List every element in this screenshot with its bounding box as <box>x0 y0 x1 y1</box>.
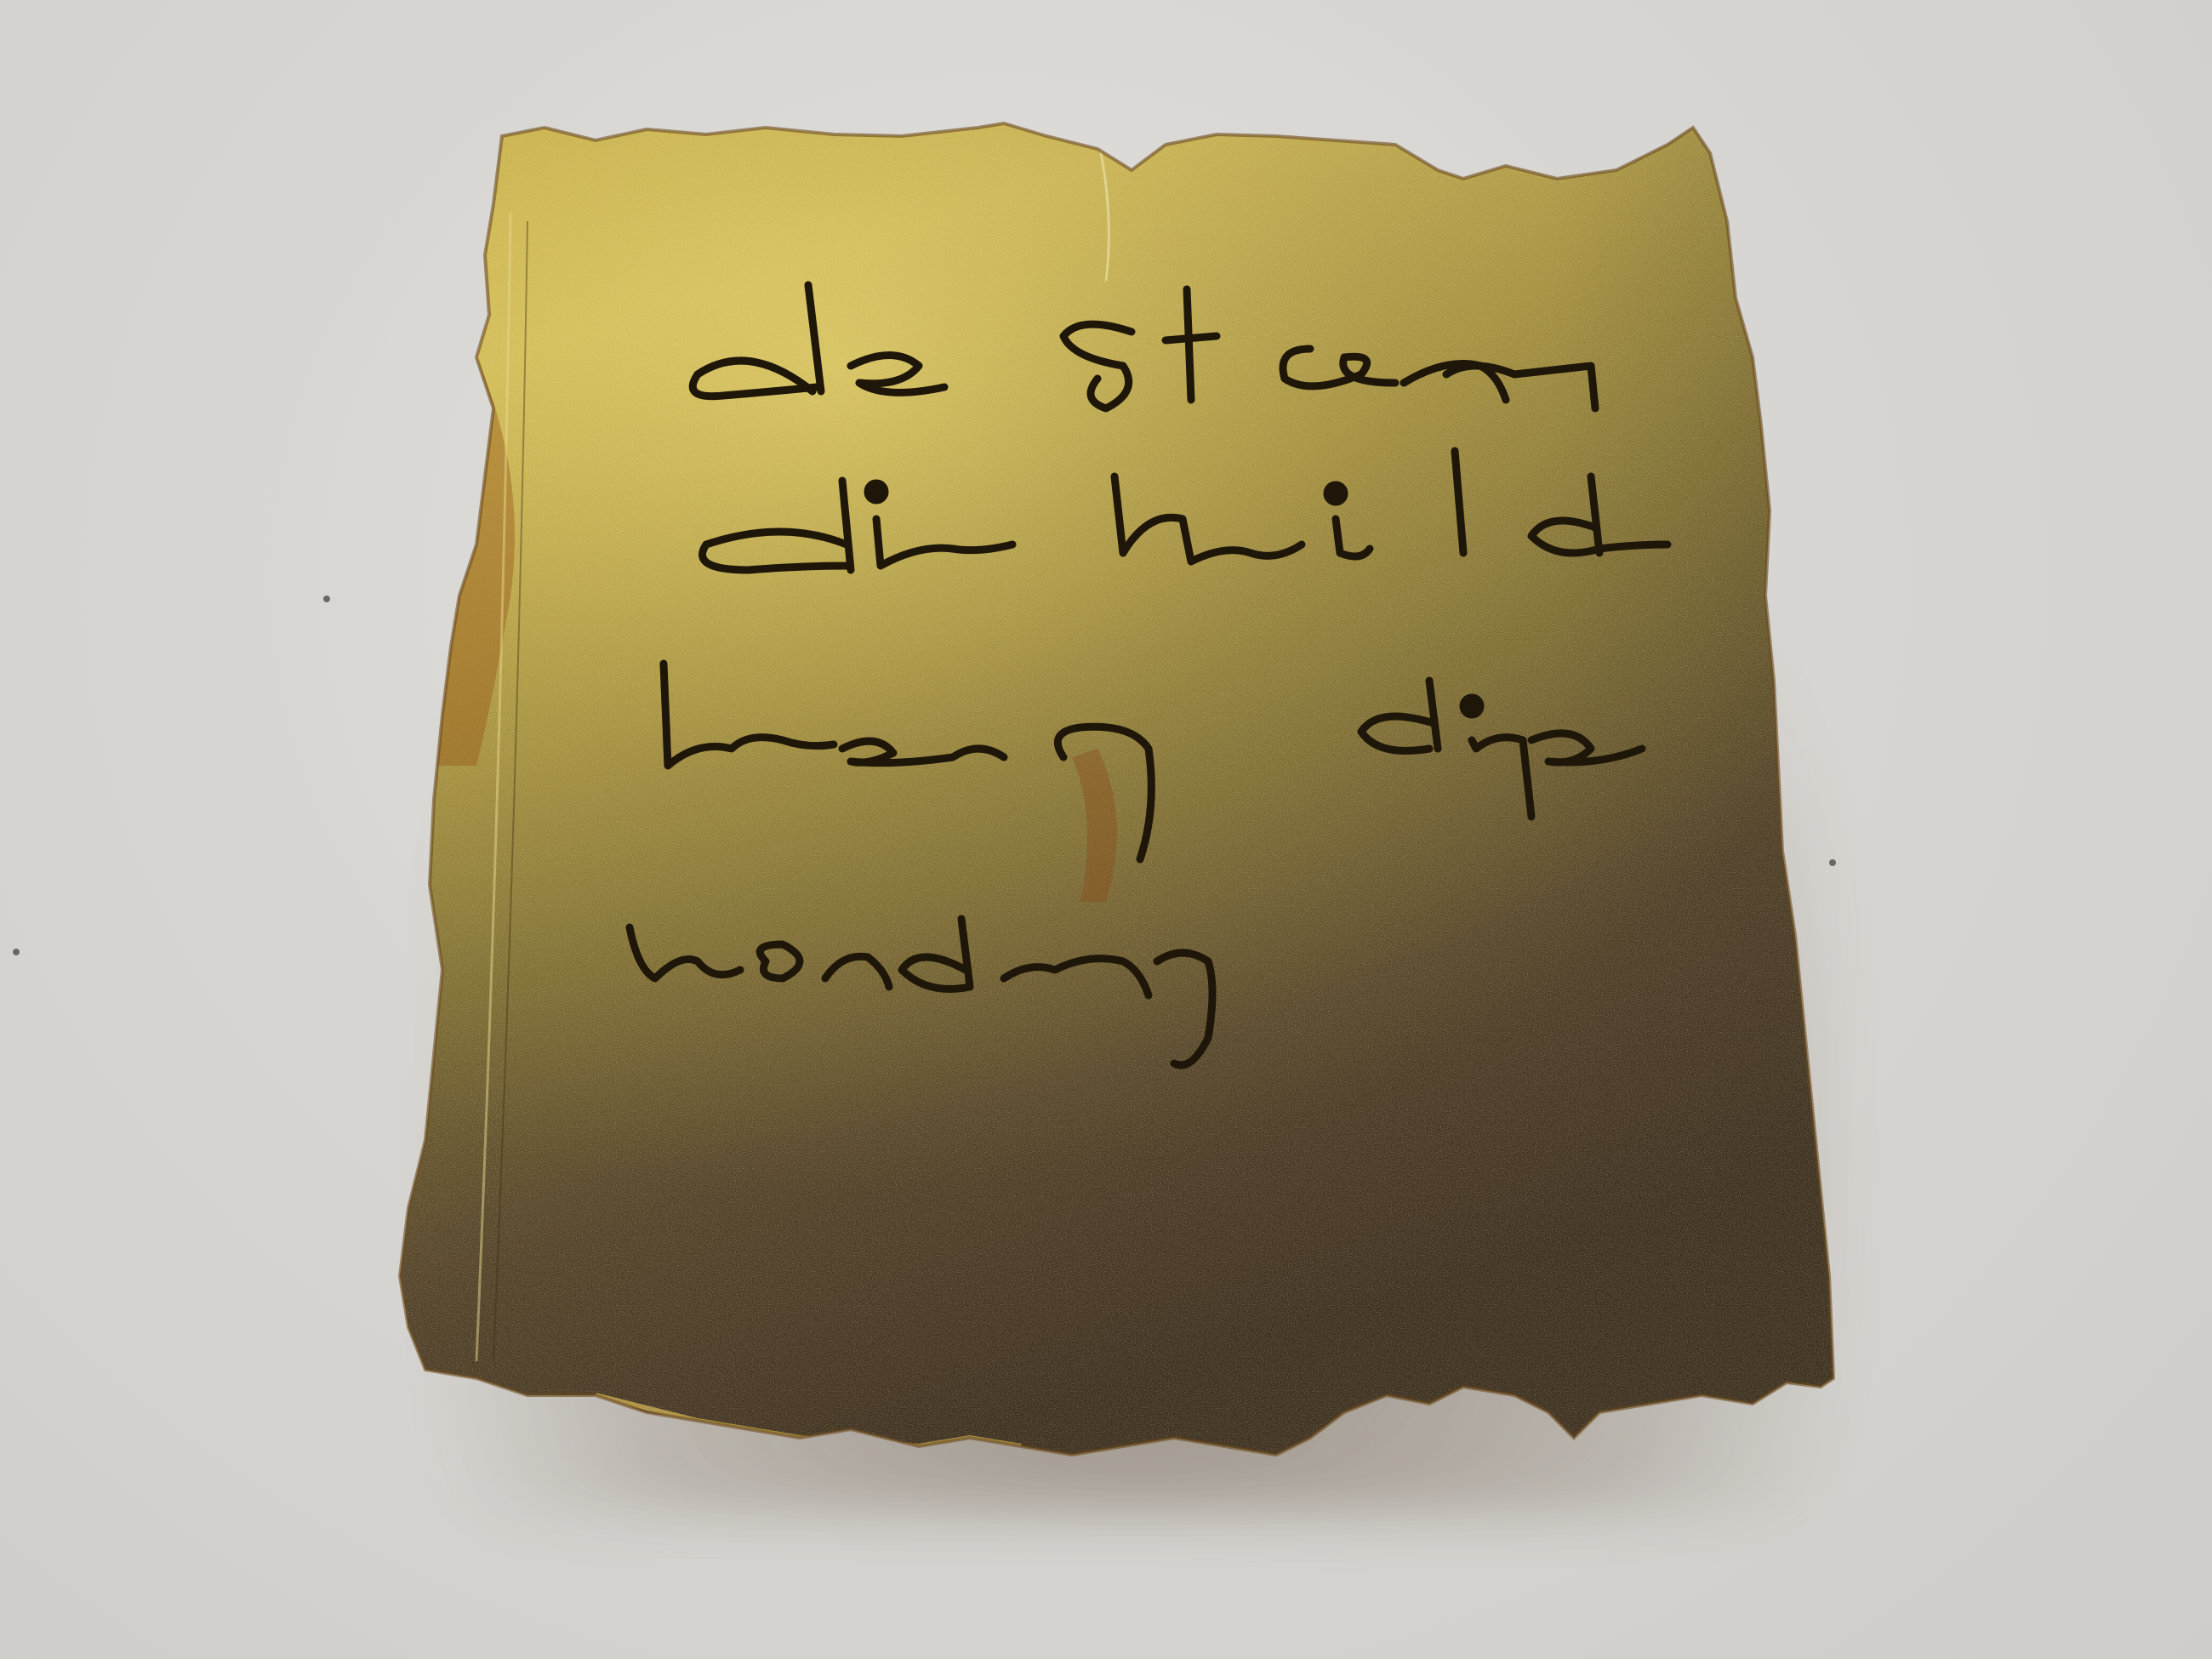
dust-speck <box>323 596 330 602</box>
inscription-line-1-text: de steen <box>681 328 977 408</box>
leaf-body <box>0 0 2212 1659</box>
dust-speck <box>13 949 20 955</box>
photo-scene: de steen die huilde weeg diepe wonden <box>0 0 2212 1659</box>
inscription-line-3-text: weeg diepe <box>664 694 1057 773</box>
gold-leaf-tile: de steen die huilde weeg diepe wonden <box>0 0 2212 1659</box>
dust-speck <box>1829 859 1836 866</box>
inscription-line-2-text: die huilde <box>681 499 1016 578</box>
inscription-line-4-text: wonden <box>630 915 898 995</box>
